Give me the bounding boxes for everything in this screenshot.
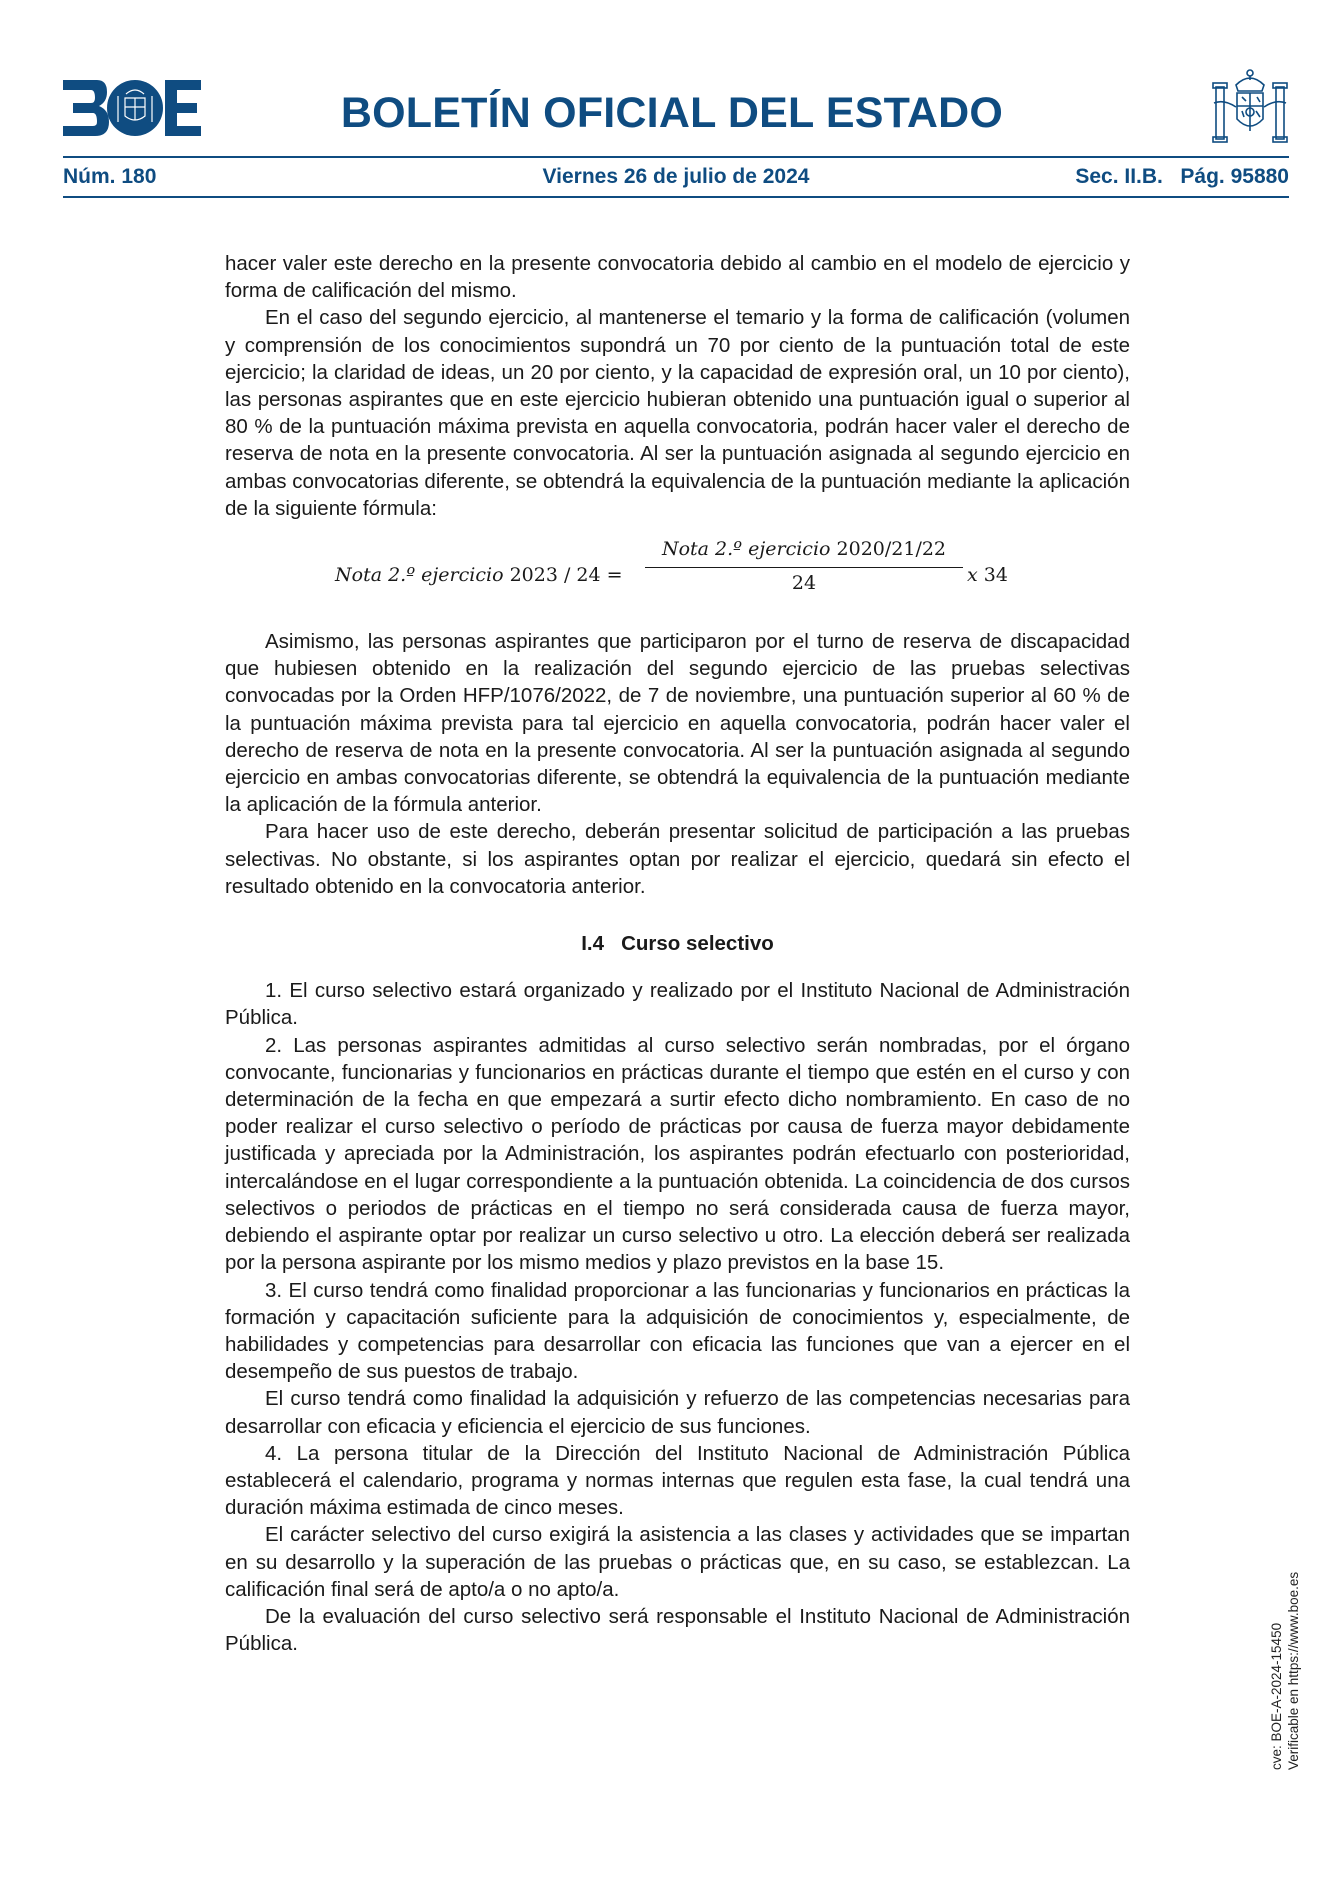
header-meta-row: Núm. 180 Viernes 26 de julio de 2024 Sec…: [63, 165, 1289, 191]
coat-of-arms-icon: [1210, 67, 1290, 144]
formula-lhs-label: Nota 2.º ejercicio: [335, 564, 504, 586]
formula-lhs-value: 2023 / 24 =: [510, 564, 623, 586]
formula: Nota 2.º ejercicio 2023 / 24 = Nota 2.º …: [225, 536, 1130, 608]
document-body: hacer valer este derecho en la presente …: [225, 250, 1130, 1657]
verification-link[interactable]: Verificable en https://www.boe.es: [1285, 1510, 1302, 1770]
formula-numerator-value: 2020/21/22: [837, 538, 947, 560]
formula-multiplier: x 34: [967, 562, 1008, 589]
formula-numerator-label: Nota 2.º ejercicio: [662, 538, 831, 560]
paragraph: 4. La persona titular de la Dirección de…: [225, 1440, 1130, 1522]
paragraph: El carácter selectivo del curso exigirá …: [225, 1521, 1130, 1603]
section-page: Sec. II.B. Pág. 95880: [1075, 165, 1289, 189]
paragraph: El curso tendrá como finalidad la adquis…: [225, 1385, 1130, 1439]
paragraph: 2. Las personas aspirantes admitidas al …: [225, 1032, 1130, 1277]
formula-numerator: Nota 2.º ejercicio 2020/21/22: [645, 536, 963, 568]
page-number: Pág. 95880: [1180, 165, 1289, 188]
section-label: Sec. II.B.: [1075, 165, 1163, 188]
header-rule-bottom: [63, 196, 1289, 198]
paragraph: 3. El curso tendrá como finalidad propor…: [225, 1277, 1130, 1386]
formula-multiplier-sign: x: [967, 564, 978, 586]
formula-denominator: 24: [645, 568, 963, 597]
paragraph: Asimismo, las personas aspirantes que pa…: [225, 628, 1130, 818]
formula-multiplier-value: 34: [984, 564, 1008, 586]
formula-fraction: Nota 2.º ejercicio 2020/21/22 24: [645, 536, 963, 597]
paragraph: De la evaluación del curso selectivo ser…: [225, 1603, 1130, 1657]
verification-note: cve: BOE-A-2024-15450 Verificable en htt…: [1268, 1510, 1302, 1770]
page-title: BOLETÍN OFICIAL DEL ESTADO: [0, 86, 1344, 140]
cve-code: cve: BOE-A-2024-15450: [1268, 1510, 1285, 1770]
paragraph: En el caso del segundo ejercicio, al man…: [225, 304, 1130, 522]
header-rule-top: [63, 156, 1289, 158]
paragraph: Para hacer uso de este derecho, deberán …: [225, 818, 1130, 900]
paragraph: 1. El curso selectivo estará organizado …: [225, 977, 1130, 1031]
formula-lhs: Nota 2.º ejercicio 2023 / 24 =: [335, 562, 623, 589]
paragraph: hacer valer este derecho en la presente …: [225, 250, 1130, 304]
section-heading: I.4 Curso selectivo: [225, 930, 1130, 957]
